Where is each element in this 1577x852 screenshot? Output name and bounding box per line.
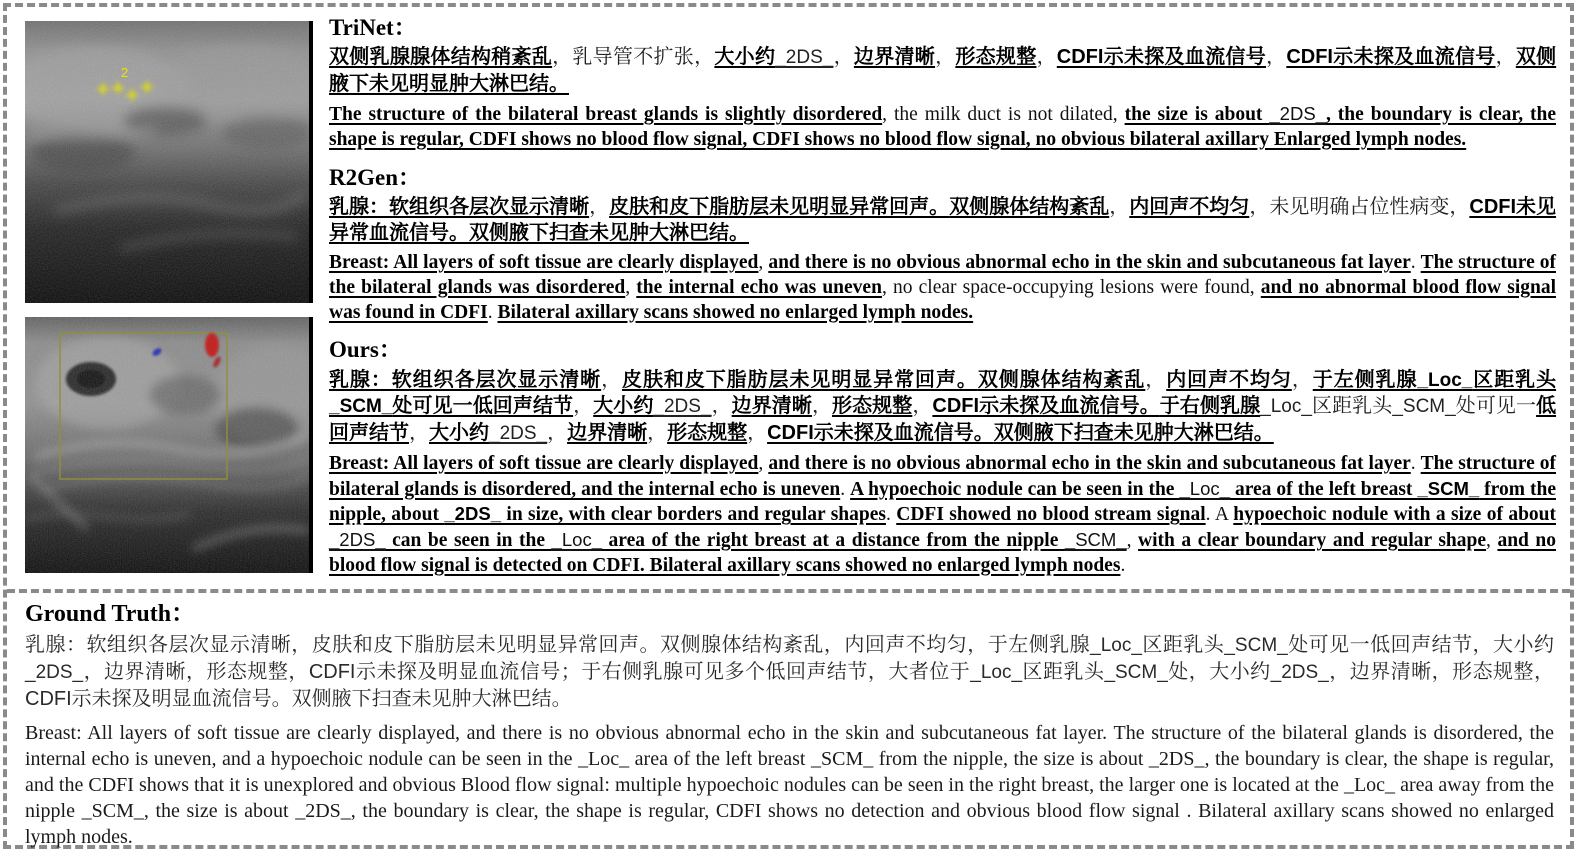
report-segment: 于右侧乳腺 [1160,395,1260,417]
report-segment: _2DS_ [489,423,547,444]
model-reports-column: TriNet： 双侧乳腺腺体结构稍紊乱，乳导管不扩张，大小约_2DS_，边界清晰… [327,13,1560,579]
report-segment: 乳腺：软组织各层次显示清晰 [329,369,601,391]
report-segment: _Loc_ [1260,396,1312,417]
report-segment: 区距乳头 [1142,634,1224,656]
report-segment: The structure of the bilateral breast gl… [329,104,882,125]
report-segment: _Loc_ [970,662,1022,683]
report-segment: 双侧腋下扫查未见肿大淋巴结。 [994,422,1274,444]
report-segment: 大小约 [593,395,653,417]
report-segment: _SCM_ [1065,529,1127,550]
report-segment: _Loc_ [1090,635,1142,656]
report-segment: 大小约 [429,422,489,444]
report-segment: _SCM_ [1224,635,1287,656]
ultrasound-doppler-svg [25,317,309,573]
report-segment: ， [833,46,854,68]
report-segment: Bilateral axillary scans showed no enlar… [498,302,974,323]
report-segment: the size is about [1125,104,1270,125]
ground-truth-english-report: Breast: All layers of soft tissue are cl… [25,720,1554,850]
report-segment: in size, with clear borders and regular … [501,504,886,525]
ultrasound-image-column: 2 [17,13,313,579]
ground-truth-chinese-report: 乳腺：软组织各层次显示清晰，皮肤和皮下脂肪层未见明显异常回声。双侧腺体结构紊乱，… [25,632,1554,711]
report-segment: _2DS_ [653,396,711,417]
report-segment: CDFI示未探及血流信号。 [932,395,1159,417]
report-segment: ， [547,422,567,444]
report-segment: ， [589,196,609,218]
report-segment: . A [1206,504,1234,525]
report-segment: 形态规整 [667,422,747,444]
report-segment: _2DS_ [1269,103,1326,124]
model-name-ours: Ours： [329,337,1556,363]
report-segment: 区距乳头 [1022,661,1104,683]
report-segment: and there is no obvious abnormal echo in… [768,453,1410,474]
report-segment: ， [1292,369,1313,391]
report-segment: 双侧腺体结构紊乱 [949,196,1109,218]
report-segment: 皮肤和皮下脂肪层未见明显异常回声。 [609,196,949,218]
report-segment: _2DS_ [444,503,501,524]
ground-truth-section: Ground Truth： 乳腺：软组织各层次显示清晰，皮肤和皮下脂肪层未见明显… [17,601,1560,850]
report-segment: area of the right breast at a distance f… [602,530,1065,551]
report-segment: , [1127,530,1138,551]
report-segment: 内回声不均匀 [1166,369,1292,391]
report-segment: ， [812,395,832,417]
report-segment: 边界清晰 [732,395,812,417]
report-segment: ， [1037,46,1057,68]
report-segment: , [1486,530,1497,551]
report-segment: 乳腺：软组织各层次显示清晰 [329,196,589,218]
report-segment: the internal echo was uneven [636,277,882,298]
ultrasound-b-mode-svg: 2 [25,21,309,303]
report-segment: and there is no obvious abnormal echo in… [768,252,1410,273]
report-segment: ， [409,422,429,444]
report-segment: 形态规整 [832,395,912,417]
trinet-chinese-report: 双侧乳腺腺体结构稍紊乱，乳导管不扩张，大小约_2DS_，边界清晰，形态规整，CD… [329,44,1556,97]
report-segment: _Loc_ [1179,478,1229,499]
report-segment: ， [1496,46,1516,68]
report-segment: ， [747,422,767,444]
ultrasound-color-doppler-image [25,317,313,573]
report-segment: ， [573,395,593,417]
ours-chinese-report: 乳腺：软组织各层次显示清晰，皮肤和皮下脂肪层未见明显异常回声。双侧腺体结构紊乱，… [329,367,1556,447]
report-segment: _Loc_ [1417,370,1472,391]
report-segment: ， [1266,46,1286,68]
report-segment: ， [1145,369,1166,391]
report-segment: with a clear boundary and regular shape [1138,530,1486,551]
report-segment: . [886,504,896,525]
report-segment: ， [912,395,932,417]
caliper-number-label: 2 [121,65,128,80]
report-segment: 处可见一 [1456,395,1536,417]
report-segment: 皮肤和皮下脂肪层未见明显异常回声。 [622,369,978,391]
report-segment: hypoechoic nodule with a size of about [1233,504,1556,525]
figure-frame: 2 [3,3,1574,849]
report-segment: _2DS_ [25,662,83,683]
report-segment: _2DS_ [775,47,833,68]
report-segment: Breast: All layers of soft tissue are cl… [329,252,758,273]
report-segment: , the milk duct is not dilated, [882,104,1124,125]
report-segment: ，乳导管不扩张， [552,46,714,68]
report-segment: ，边界清晰，形态规整，CDFI示未探及明显血流信号；于右侧乳腺可见多个低回声结节… [83,661,970,683]
report-segment: CDFI示未探及血流信号。 [767,422,994,444]
r2gen-chinese-report: 乳腺：软组织各层次显示清晰，皮肤和皮下脂肪层未见明显异常回声。双侧腺体结构紊乱，… [329,194,1556,246]
report-segment: , [758,252,768,273]
report-segment: ， [1109,196,1129,218]
report-segment: 双侧腺体结构紊乱 [978,369,1145,391]
report-segment: Breast: All layers of soft tissue are cl… [25,722,1554,848]
ours-english-report: Breast: All layers of soft tissue are cl… [329,452,1556,579]
report-segment: 形态规整 [955,46,1036,68]
report-segment: 区距乳头 [1312,395,1392,417]
r2gen-english-report: Breast: All layers of soft tissue are cl… [329,251,1556,325]
report-segment: 于左侧乳腺 [1313,369,1418,391]
report-segment: ， [712,395,732,417]
report-segment: ， [601,369,622,391]
report-segment: 区距乳头 [1472,369,1556,391]
report-segment: _SCM_ [1392,396,1455,417]
report-segment: Breast: All layers of soft tissue are cl… [329,453,758,474]
report-segment: _SCM_ [1417,478,1479,499]
report-segment: _2DS_ [329,529,386,550]
report-segment: can be seen in the [386,530,552,551]
section-trinet: TriNet： 双侧乳腺腺体结构稍紊乱，乳导管不扩张，大小约_2DS_，边界清晰… [329,15,1556,153]
report-segment: _SCM_ [329,396,392,417]
report-segment: 双侧腋下扫查未见肿大淋巴结。 [469,222,749,244]
report-segment: 大小约 [714,46,775,68]
report-segment: CDFI showed no blood stream signal [896,504,1205,525]
report-segment: _Loc_ [552,529,602,550]
report-segment: _2DS_ [1271,662,1329,683]
section-divider [7,589,1570,593]
report-segment: CDFI示未探及血流信号 [1286,46,1495,68]
report-segment: , [625,277,636,298]
report-segment: ， [647,422,667,444]
model-name-r2gen: R2Gen： [329,165,1556,191]
report-segment: A hypoechoic nodule can be seen in the [850,479,1179,500]
report-segment: 处可见一低回声结节，大小约 [1288,634,1554,656]
report-segment: 处，大小约 [1168,661,1271,683]
report-segment: . [1411,453,1421,474]
section-ours: Ours： 乳腺：软组织各层次显示清晰，皮肤和皮下脂肪层未见明显异常回声。双侧腺… [329,337,1556,578]
report-segment: , no clear space-occupying lesions were … [882,277,1261,298]
model-name-trinet: TriNet： [329,15,1556,41]
report-segment: _SCM_ [1104,662,1167,683]
report-segment: area of the left breast [1230,479,1417,500]
ground-truth-title: Ground Truth： [25,601,1554,629]
report-segment: . [1120,555,1125,576]
trinet-english-report: The structure of the bilateral breast gl… [329,102,1556,153]
report-segment: ， [935,46,955,68]
section-r2gen: R2Gen： 乳腺：软组织各层次显示清晰，皮肤和皮下脂肪层未见明显异常回声。双侧… [329,165,1556,326]
report-segment: , [758,453,768,474]
report-segment: 内回声不均匀 [1129,196,1249,218]
report-segment: 乳腺：软组织各层次显示清晰，皮肤和皮下脂肪层未见明显异常回声。双侧腺体结构紊乱，… [25,634,1090,656]
report-segment: 边界清晰 [854,46,935,68]
report-segment: ，未见明确占位性病变， [1249,196,1469,218]
comparison-panel: 2 [17,13,1560,579]
report-segment: . [488,302,498,323]
report-segment: 边界清晰 [567,422,647,444]
report-segment: 处可见一低回声结节 [392,395,573,417]
report-segment: CDFI示未探及血流信号 [1057,46,1266,68]
report-segment: . [1411,252,1421,273]
report-segment: . [840,479,850,500]
ultrasound-b-mode-image: 2 [25,21,313,303]
report-segment: 双侧乳腺腺体结构稍紊乱 [329,46,552,68]
